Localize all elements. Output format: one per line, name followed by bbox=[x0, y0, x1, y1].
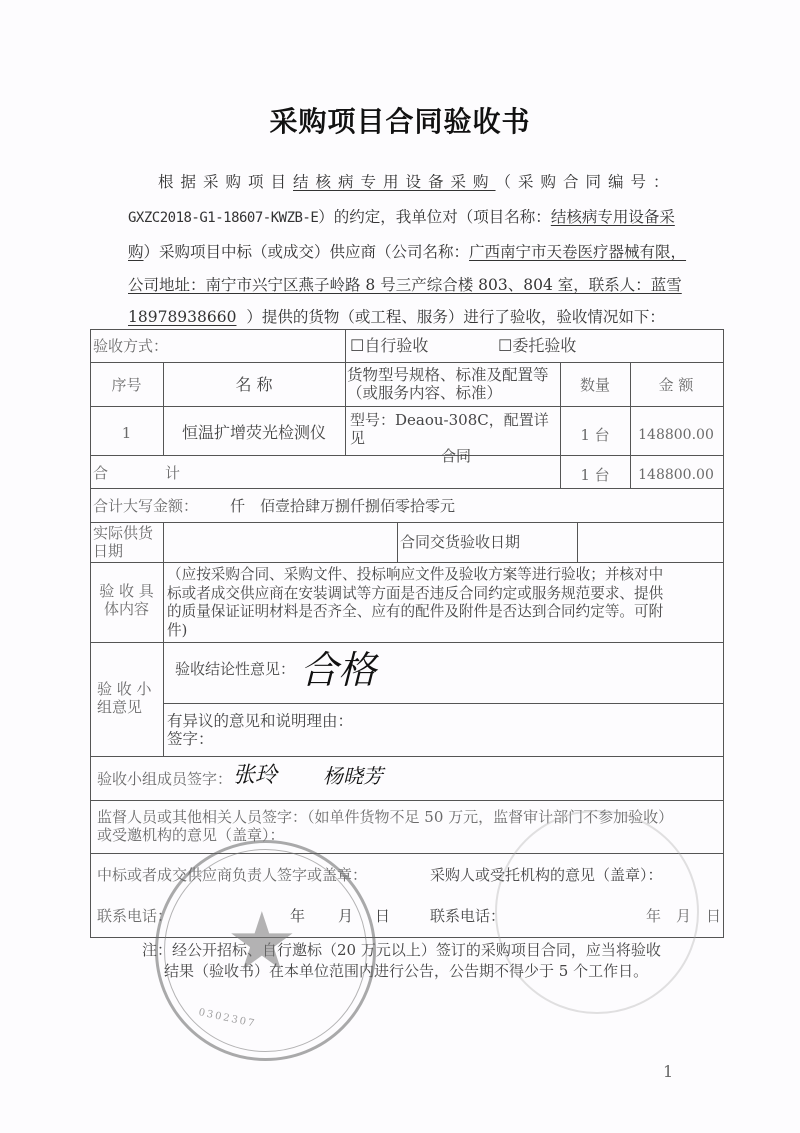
actual-delivery-label: 实际供货 日期 bbox=[93, 524, 153, 560]
total-words-value: 仟 佰壹拾肆万捌仟捌佰零拾零元 bbox=[230, 497, 455, 515]
header-seq: 序号 bbox=[90, 376, 163, 394]
content-label: 验 收 具 体内容 bbox=[90, 582, 163, 618]
purchaser-date-day: 日 bbox=[706, 907, 721, 925]
purchaser-phone-label: 联系电话： bbox=[430, 907, 505, 925]
divider bbox=[90, 800, 723, 801]
method-option-entrusted[interactable]: ☐委托验收 bbox=[498, 337, 576, 355]
intro-line-5: 18978938660 ）提供的货物（或工程、服务）进行了验收，验收情况如下： bbox=[128, 305, 665, 327]
row-name: 恒温扩增荧光检测仪 bbox=[163, 424, 345, 442]
row-spec: 型号：Deaou-308C，配置详见 合同 bbox=[350, 411, 562, 465]
divider bbox=[90, 522, 723, 523]
actual-delivery-value[interactable] bbox=[165, 533, 395, 555]
contract-delivery-label: 合同交货验收日期 bbox=[400, 533, 520, 551]
intro-line-4: 公司地址：南宁市兴宁区燕子岭路 8 号三产综合楼 803、804 室，联系人：蓝… bbox=[128, 273, 682, 295]
supplier-date-day: 日 bbox=[375, 907, 390, 925]
row-seq: 1 bbox=[90, 424, 163, 442]
intro-line-3: 购）采购项目中标（或成交）供应商（公司名称：广西南宁市天卷医疗器械有限， bbox=[128, 240, 686, 262]
total-label-b: 计 bbox=[165, 464, 180, 482]
content-text: （应按采购合同、采购文件、投标响应文件及验收方案等进行验收；并核对中 标或者成交… bbox=[167, 566, 663, 640]
star-icon: ★ bbox=[226, 895, 298, 988]
group-label: 验 收 小 组意见 bbox=[97, 680, 152, 716]
divider bbox=[90, 362, 723, 363]
intro-line-2: GXZC2018-G1-18607-KWZB-E）的约定，我单位对（项目名称：结… bbox=[128, 205, 675, 227]
conclusion-label: 验收结论性意见： bbox=[175, 660, 295, 678]
document-title: 采购项目合同验收书 bbox=[0, 100, 800, 140]
divider bbox=[577, 522, 578, 562]
divider bbox=[397, 522, 398, 562]
divider bbox=[90, 756, 723, 757]
contract-delivery-value[interactable] bbox=[580, 533, 720, 555]
supplier-name: 广西南宁市天卷医疗器械有限， bbox=[469, 243, 686, 261]
divider bbox=[163, 703, 723, 704]
divider bbox=[90, 488, 723, 489]
member-signature-2: 杨晓芳 bbox=[323, 763, 383, 789]
divider bbox=[90, 562, 723, 563]
divider bbox=[90, 642, 723, 643]
divider bbox=[163, 522, 164, 756]
total-label-a: 合 bbox=[93, 464, 108, 482]
header-amount: 金 额 bbox=[630, 376, 722, 394]
divider bbox=[90, 406, 723, 407]
faint-seal bbox=[495, 810, 699, 1014]
total-words-label: 合计大写金额： bbox=[93, 497, 198, 515]
objection-block: 有异议的意见和说明理由： 签字： bbox=[167, 712, 353, 748]
members-label: 验收小组成员签字： bbox=[97, 770, 232, 788]
method-label: 验收方式： bbox=[93, 337, 168, 355]
company-seal: ★ 0302307 bbox=[155, 840, 376, 1061]
contact-phone: 18978938660 bbox=[128, 308, 236, 326]
row-amount: 148800.00 bbox=[630, 426, 722, 444]
total-amount: 148800.00 bbox=[630, 466, 722, 484]
intro-line-1: 根据采购项目结核病专用设备采购（采购合同编号： bbox=[158, 170, 676, 192]
total-qty: 1 台 bbox=[560, 466, 630, 484]
header-name: 名 称 bbox=[163, 376, 345, 394]
row-qty: 1 台 bbox=[560, 426, 630, 444]
divider bbox=[345, 329, 346, 455]
supplier-address: 公司地址：南宁市兴宁区燕子岭路 8 号三产综合楼 803、804 室，联系人：蓝… bbox=[128, 276, 682, 294]
member-signature-1: 张玲 bbox=[233, 763, 277, 789]
header-spec: 货物型号规格、标准及配置等 （或服务内容、标准） bbox=[347, 366, 560, 402]
project-name: 结核病专用设备采购 bbox=[293, 173, 496, 191]
contract-number: GXZC2018-G1-18607-KWZB-E bbox=[128, 210, 318, 226]
page-number: 1 bbox=[663, 1062, 673, 1081]
conclusion-signature: 合格 bbox=[300, 648, 376, 692]
method-option-self[interactable]: ☐自行验收 bbox=[350, 337, 428, 355]
header-qty: 数量 bbox=[560, 376, 630, 394]
